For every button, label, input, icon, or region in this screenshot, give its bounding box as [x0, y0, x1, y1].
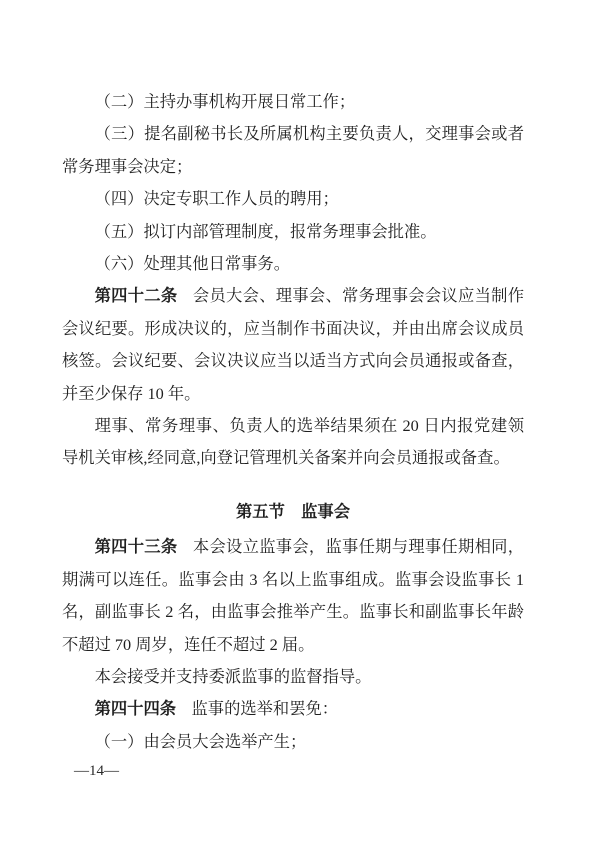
- page-number: —14—: [74, 760, 119, 782]
- clause-item-2: （二）主持办事机构开展日常工作；: [62, 86, 524, 118]
- article-42-number: 第四十二条: [95, 286, 178, 305]
- election-report-paragraph: 理事、常务理事、负责人的选举结果须在 20 日内报党建领导机关审核,经同意,向登…: [62, 410, 524, 475]
- clause-item-5: （五）拟订内部管理制度，报常务理事会批准。: [62, 216, 524, 248]
- clause-item-6: （六）处理其他日常事务。: [62, 248, 524, 280]
- clause-item-1: （一）由会员大会选举产生；: [62, 726, 524, 758]
- article-44-text: 监事的选举和罢免：: [192, 699, 339, 718]
- clause-item-3: （三）提名副秘书长及所属机构主要负责人，交理事会或者常务理事会决定；: [62, 118, 524, 183]
- clause-item-4: （四）决定专职工作人员的聘用；: [62, 183, 524, 215]
- article-43: 第四十三条本会设立监事会，监事任期与理事任期相同，期满可以连任。监事会由 3 名…: [62, 531, 524, 661]
- document-page: （二）主持办事机构开展日常工作； （三）提名副秘书长及所属机构主要负责人，交理事…: [0, 0, 600, 848]
- document-body: （二）主持办事机构开展日常工作； （三）提名副秘书长及所属机构主要负责人，交理事…: [62, 86, 524, 758]
- article-43-number: 第四十三条: [95, 537, 178, 556]
- article-42: 第四十二条会员大会、理事会、常务理事会会议应当制作会议纪要。形成决议的，应当制作…: [62, 280, 524, 410]
- section-5-heading: 第五节 监事会: [62, 496, 524, 528]
- article-44: 第四十四条监事的选举和罢免：: [62, 693, 524, 725]
- supervision-paragraph: 本会接受并支持委派监事的监督指导。: [62, 661, 524, 693]
- article-44-number: 第四十四条: [95, 699, 176, 718]
